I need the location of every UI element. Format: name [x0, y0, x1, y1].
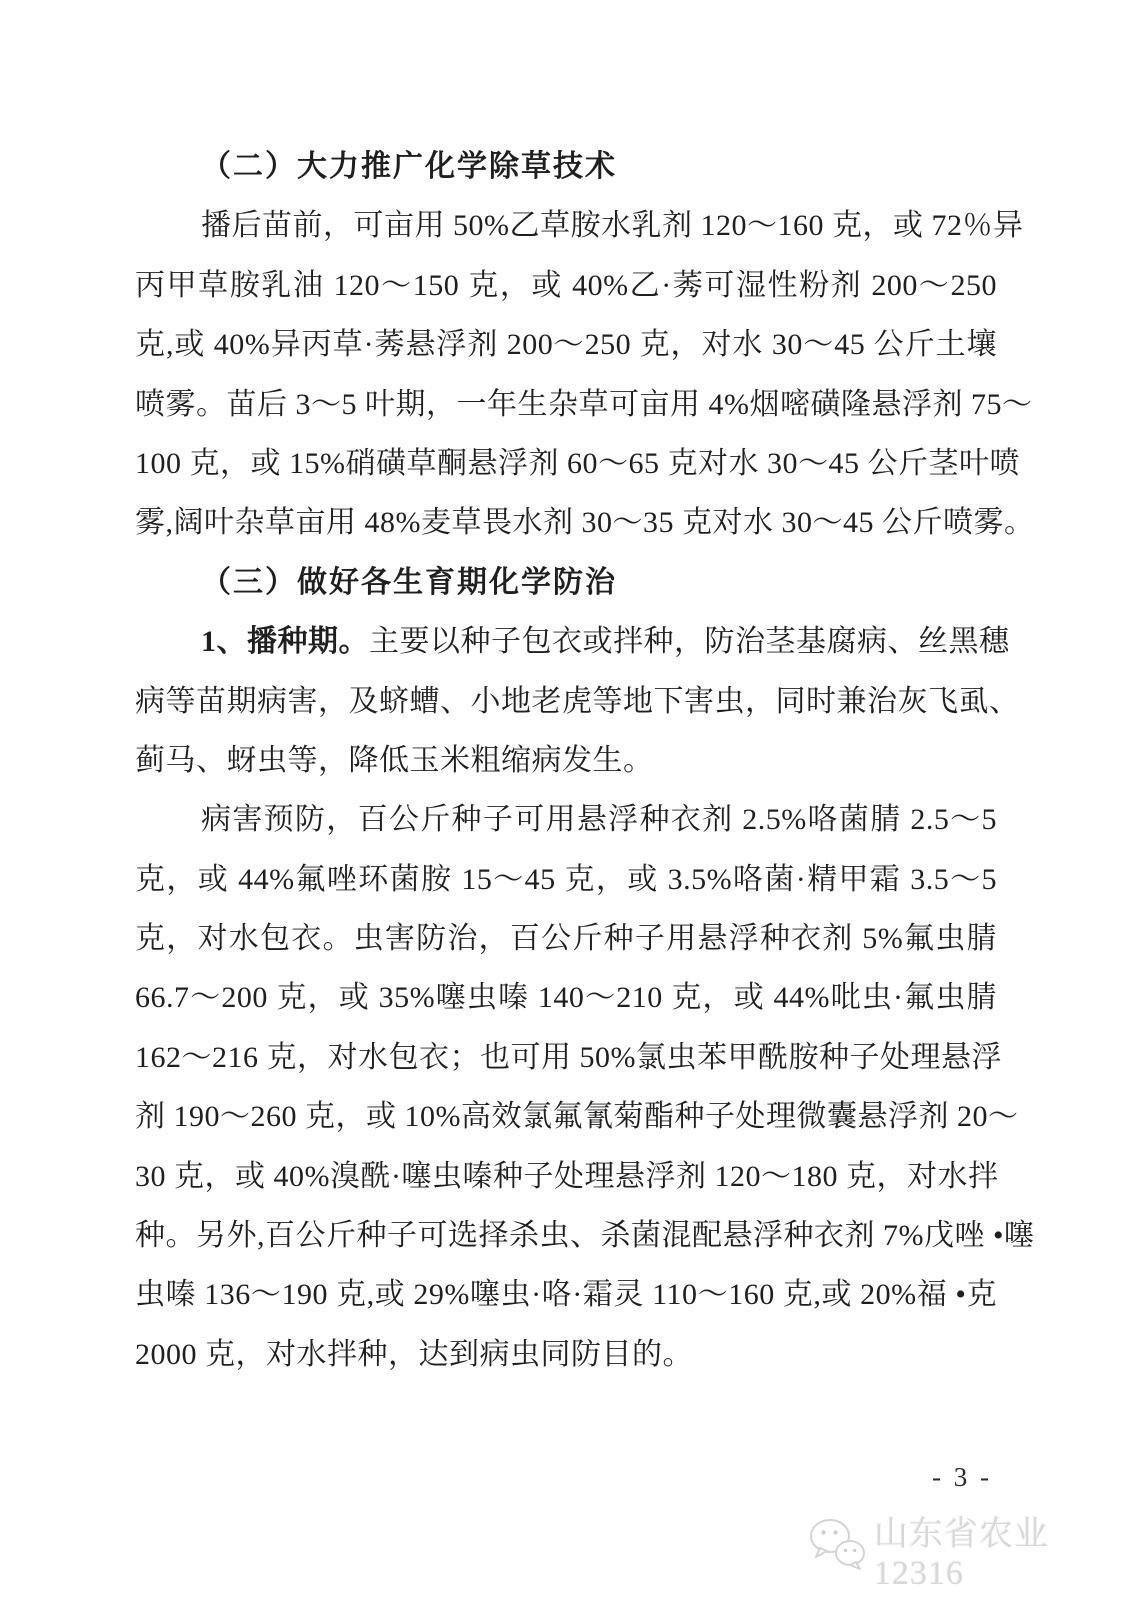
- text-line: 克，或 44%氟唑环菌胺 15～45 克，或 3.5%咯菌·精甲霜 3.5～5: [135, 850, 997, 909]
- document-body: （二）大力推广化学除草技术 播后苗前，可亩用 50%乙草胺水乳剂 120～160…: [135, 137, 997, 1384]
- text-line: 播后苗前，可亩用 50%乙草胺水乳剂 120～160 克，或 72％异: [135, 196, 997, 255]
- text-line: 病等苗期病害，及蛴螬、小地老虎等地下害虫，同时兼治灰飞虱、: [135, 672, 997, 731]
- text-line: 1、播种期。主要以种子包衣或拌种，防治茎基腐病、丝黑穗: [135, 612, 997, 671]
- text-line: 虫嗪 136～190 克,或 29%噻虫·咯·霜灵 110～160 克,或 20…: [135, 1265, 997, 1324]
- watermark: 山东省农业12316: [806, 1506, 1131, 1593]
- text-line: 丙甲草胺乳油 120～150 克，或 40%乙·莠可湿性粉剂 200～250: [135, 256, 997, 315]
- watermark-label: 山东省农业12316: [874, 1506, 1131, 1593]
- paragraph-lead: 1、播种期。: [201, 625, 369, 658]
- text-line: 病害预防，百公斤种子可用悬浮种衣剂 2.5%咯菌腈 2.5～5: [135, 790, 997, 849]
- page-number: - 3 -: [872, 1462, 1052, 1493]
- text-line: 蓟马、蚜虫等，降低玉米粗缩病发生。: [135, 731, 997, 790]
- text-line: 30 克，或 40%溴酰·噻虫嗪种子处理悬浮剂 120～180 克，对水拌: [135, 1147, 997, 1206]
- text-line: 162～216 克，对水包衣；也可用 50%氯虫苯甲酰胺种子处理悬浮: [135, 1028, 997, 1087]
- paragraph-text: 主要以种子包衣或拌种，防治茎基腐病、丝黑穗: [369, 625, 1010, 658]
- text-line: 克，对水包衣。虫害防治，百公斤种子用悬浮种衣剂 5%氟虫腈: [135, 909, 997, 968]
- text-line: 雾,阔叶杂草亩用 48%麦草畏水剂 30～35 克对水 30～45 公斤喷雾。: [135, 493, 997, 552]
- text-line: 剂 190～260 克，或 10%高效氯氟氰菊酯种子处理微囊悬浮剂 20～: [135, 1087, 997, 1146]
- section-heading: （三）做好各生育期化学防治: [135, 553, 997, 612]
- text-line: 2000 克，对水拌种，达到病虫同防目的。: [135, 1325, 997, 1384]
- section-heading: （二）大力推广化学除草技术: [135, 137, 997, 196]
- text-line: 66.7～200 克，或 35%噻虫嗪 140～210 克，或 44%吡虫·氟虫…: [135, 968, 997, 1027]
- text-line: 喷雾。苗后 3～5 叶期，一年生杂草可亩用 4%烟嘧磺隆悬浮剂 75～: [135, 375, 997, 434]
- text-line: 种。另外,百公斤种子可选择杀虫、杀菌混配悬浮种衣剂 7%戊唑 •噻: [135, 1206, 997, 1265]
- text-line: 克,或 40%异丙草·莠悬浮剂 200～250 克，对水 30～45 公斤土壤: [135, 315, 997, 374]
- wechat-icon: [806, 1515, 870, 1584]
- text-line: 100 克，或 15%硝磺草酮悬浮剂 60～65 克对水 30～45 公斤茎叶喷: [135, 434, 997, 493]
- document-page: （二）大力推广化学除草技术 播后苗前，可亩用 50%乙草胺水乳剂 120～160…: [0, 0, 1131, 1600]
